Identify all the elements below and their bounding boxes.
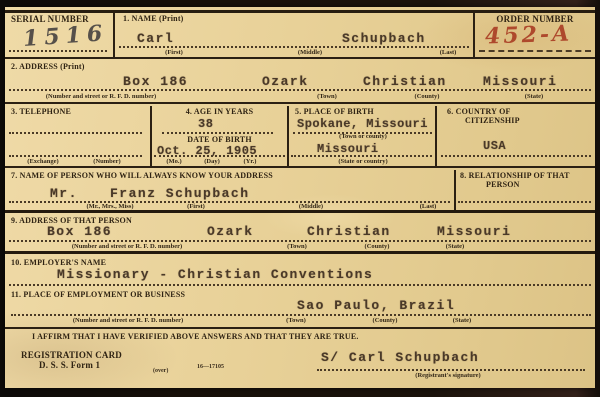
address-sub-street: (Number and street or R. F. D. number) xyxy=(46,94,156,101)
employment-sub-state: (State) xyxy=(453,318,471,325)
serial-number-box: SERIAL NUMBER 1516 xyxy=(5,13,115,57)
address-dotted-line xyxy=(9,89,591,91)
contact-address-state-value: Missouri xyxy=(437,225,511,239)
address-state-value: Missouri xyxy=(483,75,557,89)
contact-person-box: 7. NAME OF PERSON WHO WILL ALWAYS KNOW Y… xyxy=(5,170,454,210)
contact-label: 7. NAME OF PERSON WHO WILL ALWAYS KNOW Y… xyxy=(11,171,273,180)
serial-number-value: 1516 xyxy=(22,22,109,50)
name-box: 1. NAME (Print) Carl Schupbach (First) (… xyxy=(115,13,473,57)
row-contact-relationship: 7. NAME OF PERSON WHO WILL ALWAYS KNOW Y… xyxy=(5,170,595,213)
contact-dotted-line xyxy=(9,201,450,203)
name-first-value: Carl xyxy=(137,32,174,46)
name-sub-first: (First) xyxy=(165,50,183,57)
registrant-signature-value: S/ Carl Schupbach xyxy=(321,351,479,365)
row-telephone-age-birth-citizenship: 3. TELEPHONE (Exchange) (Number) 4. AGE … xyxy=(5,106,595,168)
contact-address-street-value: Box 186 xyxy=(47,225,112,239)
date-of-birth-label: DATE OF BIRTH xyxy=(187,135,252,144)
relationship-label-line1: 8. RELATIONSHIP OF THAT xyxy=(460,171,570,180)
contact-address-sub-county: (County) xyxy=(365,244,390,251)
employment-place-value: Sao Paulo, Brazil xyxy=(297,299,455,313)
scan-background: SERIAL NUMBER 1516 1. NAME (Print) Carl … xyxy=(0,0,600,397)
relationship-box: 8. RELATIONSHIP OF THAT PERSON xyxy=(454,170,595,210)
contact-address-town-value: Ozark xyxy=(207,225,254,239)
address-town-value: Ozark xyxy=(262,75,309,89)
name-sub-last: (Last) xyxy=(440,50,457,57)
relationship-dotted-line xyxy=(458,201,591,203)
print-code: 16—17105 xyxy=(197,364,224,370)
address-sub-state: (State) xyxy=(525,94,543,101)
contact-sub-last: (Last) xyxy=(420,204,437,211)
address-label: 2. ADDRESS (Print) xyxy=(11,62,85,71)
order-number-box: ORDER NUMBER 452-A xyxy=(473,13,595,57)
row-address: 2. ADDRESS (Print) Box 186 Ozark Christi… xyxy=(5,61,595,104)
contact-address-sub-state: (State) xyxy=(446,244,464,251)
birth-town-value: Spokane, Missouri xyxy=(297,118,428,131)
contact-address-sub-street: (Number and street or R. F. D. number) xyxy=(72,244,182,251)
telephone-sub-exchange: (Exchange) xyxy=(27,159,58,166)
signature-sub-label: (Registrant's signature) xyxy=(415,373,480,380)
contact-title-value: Mr. xyxy=(50,187,78,201)
name-label: 1. NAME (Print) xyxy=(123,14,184,23)
age-label: 4. AGE IN YEARS xyxy=(186,107,254,116)
telephone-sub-number: (Number) xyxy=(93,159,120,166)
employer-label: 10. EMPLOYER'S NAME xyxy=(11,258,106,267)
telephone-label: 3. TELEPHONE xyxy=(11,107,71,116)
name-last-value: Schupbach xyxy=(342,32,426,46)
signature-dotted-line xyxy=(317,369,585,371)
relationship-label-line2: PERSON xyxy=(486,180,520,189)
name-sub-middle: (Middle) xyxy=(298,50,322,57)
registration-card: SERIAL NUMBER 1516 1. NAME (Print) Carl … xyxy=(5,7,595,388)
contact-sub-middle: (Middle) xyxy=(299,204,323,211)
row-affirmation: I AFFIRM THAT I HAVE VERIFIED ABOVE ANSW… xyxy=(5,331,595,343)
place-of-birth-box: 5. PLACE OF BIRTH Spokane, Missouri (Tow… xyxy=(289,106,437,166)
row-footer: REGISTRATION CARD D. S. S. Form 1 (over)… xyxy=(5,345,595,387)
contact-address-county-value: Christian xyxy=(307,225,391,239)
order-number-value: 452-A xyxy=(485,22,573,47)
affirmation-text: I AFFIRM THAT I HAVE VERIFIED ABOVE ANSW… xyxy=(32,332,359,341)
dob-sub-month: (Mo.) xyxy=(166,159,181,166)
citizenship-box: 6. COUNTRY OF CITIZENSHIP USA xyxy=(437,106,595,166)
card-title: REGISTRATION CARD xyxy=(21,350,122,360)
address-street-value: Box 186 xyxy=(123,75,188,89)
citizenship-dotted-line xyxy=(441,155,591,157)
employment-sub-county: (County) xyxy=(373,318,398,325)
age-box: 4. AGE IN YEARS 38 DATE OF BIRTH Oct. 25… xyxy=(152,106,289,166)
contact-sub-first: (First) xyxy=(187,204,205,211)
employer-value: Missionary - Christian Conventions xyxy=(57,268,373,282)
row-serial-name-order: SERIAL NUMBER 1516 1. NAME (Print) Carl … xyxy=(5,13,595,59)
employment-sub-street: (Number and street or R. F. D. number) xyxy=(73,318,183,325)
over-note: (over) xyxy=(153,368,168,374)
age-dotted-line xyxy=(162,132,273,134)
dob-sub-day: (Day) xyxy=(204,159,220,166)
address-sub-town: (Town) xyxy=(317,94,337,101)
row-contact-address: 9. ADDRESS OF THAT PERSON Box 186 Ozark … xyxy=(5,216,595,254)
employment-place-label: 11. PLACE OF EMPLOYMENT OR BUSINESS xyxy=(11,290,185,299)
address-county-value: Christian xyxy=(363,75,447,89)
serial-dotted-line xyxy=(9,50,107,52)
telephone-dotted-line-1 xyxy=(9,132,142,134)
telephone-box: 3. TELEPHONE (Exchange) (Number) xyxy=(5,106,152,166)
employment-sub-town: (Town) xyxy=(286,318,306,325)
birth-sub-town: (Town or county) xyxy=(339,134,387,141)
row-employer: 10. EMPLOYER'S NAME Missionary - Christi… xyxy=(5,257,595,289)
form-number: D. S. S. Form 1 xyxy=(39,360,100,370)
contact-address-sub-town: (Town) xyxy=(287,244,307,251)
row-employment-place: 11. PLACE OF EMPLOYMENT OR BUSINESS Sao … xyxy=(5,289,595,329)
citizenship-label-line2: CITIZENSHIP xyxy=(465,116,520,125)
birth-sub-state: (State or country) xyxy=(338,159,387,166)
citizenship-label-line1: 6. COUNTRY OF xyxy=(447,107,511,116)
age-value: 38 xyxy=(198,118,213,131)
order-dashed-line xyxy=(479,50,591,52)
contact-name-value: Franz Schupbach xyxy=(110,187,250,201)
contact-sub-title: (Mr., Mrs., Miss) xyxy=(86,204,133,211)
citizenship-value: USA xyxy=(483,140,506,153)
address-sub-county: (County) xyxy=(415,94,440,101)
dob-sub-year: (Yr.) xyxy=(244,159,257,166)
employer-dotted-line xyxy=(9,284,591,286)
place-of-birth-label: 5. PLACE OF BIRTH xyxy=(295,107,374,116)
